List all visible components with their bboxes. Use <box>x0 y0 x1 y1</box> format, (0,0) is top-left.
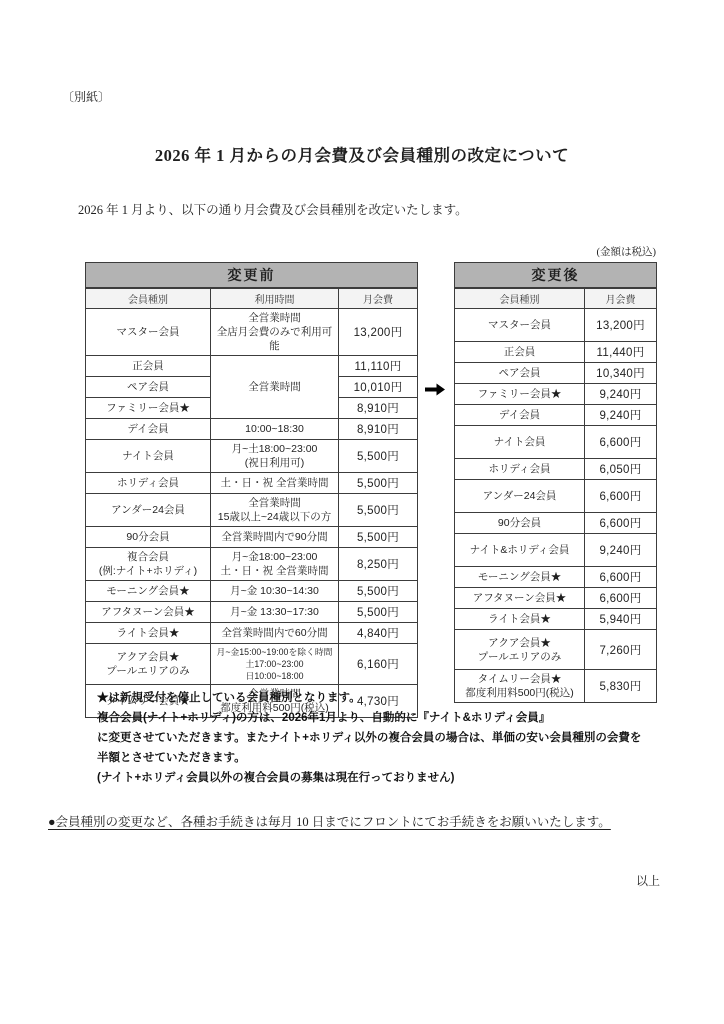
fee-cell: 13,200円 <box>585 309 657 342</box>
footnote-line: に変更させていただきます。またナイト+ホリディ以外の複合会員の場合は、単価の安い… <box>97 728 641 748</box>
table-header-row: 会員種別 利用時間 月会費 <box>86 288 418 309</box>
attachment-label: 〔別紙〕 <box>62 88 110 105</box>
table-title-row: 変更前 <box>86 263 418 289</box>
intro-text: 2026 年 1 月より、以下の通り月会費及び会員種別を改定いたします。 <box>78 200 468 218</box>
usage-time-cell: 月~金 13:30~17:30 <box>211 602 339 623</box>
fee-cell: 11,110円 <box>339 356 418 377</box>
member-type-cell: モーニング会員★ <box>455 567 585 588</box>
document-page: 〔別紙〕 2026 年 1 月からの月会費及び会員種別の改定について 2026 … <box>0 0 724 1024</box>
member-type-cell: 90分会員 <box>86 527 211 548</box>
fee-cell: 10,340円 <box>585 363 657 384</box>
member-type-cell: ライト会員★ <box>86 623 211 644</box>
member-type-header: 会員種別 <box>455 288 585 309</box>
table-row: モーニング会員★ 月~金 10:30~14:30 5,500円 <box>86 581 418 602</box>
member-type-cell: アンダー24会員 <box>86 494 211 527</box>
member-type-cell: ライト会員★ <box>455 609 585 630</box>
table-row: ライト会員★ 5,940円 <box>455 609 657 630</box>
fee-cell: 5,940円 <box>585 609 657 630</box>
monthly-fee-header: 月会費 <box>585 288 657 309</box>
after-table-title: 変更後 <box>455 263 657 289</box>
fee-cell: 5,500円 <box>339 473 418 494</box>
fee-cell: 7,260円 <box>585 630 657 670</box>
fee-cell: 8,250円 <box>339 548 418 581</box>
table-row: ホリディ会員 6,050円 <box>455 459 657 480</box>
table-row: 正会員 全営業時間 11,110円 <box>86 356 418 377</box>
table-row: アクア会員★ プールエリアのみ 月~金15:00~19:00を除く時間 土17:… <box>86 644 418 685</box>
footnote-line: 半額とさせていただきます。 <box>97 748 641 768</box>
table-row: ナイト会員 6,600円 <box>455 426 657 459</box>
table-row: 複合会員 (例:ナイト+ホリディ) 月~金18:00~23:00 土・日・祝 全… <box>86 548 418 581</box>
fee-cell: 9,240円 <box>585 384 657 405</box>
member-type-cell: アクア会員★ プールエリアのみ <box>86 644 211 685</box>
fee-cell: 8,910円 <box>339 419 418 440</box>
fee-cell: 5,500円 <box>339 602 418 623</box>
closing-text: 以上 <box>636 872 660 889</box>
usage-time-cell: 月~金18:00~23:00 土・日・祝 全営業時間 <box>211 548 339 581</box>
footnote-line: ★は新規受付を停止している会員種別となります。 <box>97 688 641 708</box>
table-row: ライト会員★ 全営業時間内で60分間 4,840円 <box>86 623 418 644</box>
footnotes: ★は新規受付を停止している会員種別となります。 複合会員(ナイト+ホリディ)の方… <box>97 688 641 788</box>
member-type-cell: 正会員 <box>86 356 211 377</box>
procedure-note: ●会員種別の変更など、各種お手続きは毎月 10 日までにフロントにてお手続きをお… <box>48 812 611 830</box>
fee-cell: 6,160円 <box>339 644 418 685</box>
usage-time-cell: 全営業時間 <box>211 356 339 419</box>
change-arrow-icon <box>424 383 446 396</box>
member-type-cell: ホリディ会員 <box>86 473 211 494</box>
member-type-cell: 正会員 <box>455 342 585 363</box>
member-type-cell: マスター会員 <box>455 309 585 342</box>
fee-cell: 5,500円 <box>339 440 418 473</box>
fee-cell: 5,500円 <box>339 581 418 602</box>
fee-cell: 9,240円 <box>585 405 657 426</box>
table-row: マスター会員 全営業時間 全店月会費のみで利用可能 13,200円 <box>86 309 418 356</box>
fee-cell: 6,600円 <box>585 567 657 588</box>
member-type-cell: ペア会員 <box>455 363 585 384</box>
fee-cell: 9,240円 <box>585 534 657 567</box>
monthly-fee-header: 月会費 <box>339 288 418 309</box>
member-type-cell: ナイト会員 <box>86 440 211 473</box>
table-row: 正会員 11,440円 <box>455 342 657 363</box>
member-type-cell: ホリディ会員 <box>455 459 585 480</box>
member-type-cell: ナイト&ホリディ会員 <box>455 534 585 567</box>
table-row: デイ会員 9,240円 <box>455 405 657 426</box>
table-row: アフタヌーン会員★ 6,600円 <box>455 588 657 609</box>
table-row: アンダー24会員 全営業時間 15歳以上~24歳以下の方 5,500円 <box>86 494 418 527</box>
table-row: マスター会員 13,200円 <box>455 309 657 342</box>
fee-cell: 8,910円 <box>339 398 418 419</box>
member-type-cell: マスター会員 <box>86 309 211 356</box>
fee-cell: 6,600円 <box>585 426 657 459</box>
fee-cell: 6,600円 <box>585 513 657 534</box>
before-table-title: 変更前 <box>86 263 418 289</box>
table-row: アンダー24会員 6,600円 <box>455 480 657 513</box>
usage-time-cell: 月~土18:00~23:00 (祝日利用可) <box>211 440 339 473</box>
usage-time-cell: 全営業時間内で60分間 <box>211 623 339 644</box>
member-type-cell: デイ会員 <box>455 405 585 426</box>
member-type-cell: アンダー24会員 <box>455 480 585 513</box>
usage-time-cell: 10:00~18:30 <box>211 419 339 440</box>
table-row: ホリディ会員 土・日・祝 全営業時間 5,500円 <box>86 473 418 494</box>
table-row: モーニング会員★ 6,600円 <box>455 567 657 588</box>
usage-time-header: 利用時間 <box>211 288 339 309</box>
member-type-cell: ファミリー会員★ <box>86 398 211 419</box>
tax-included-note: (金額は税込) <box>597 244 657 259</box>
table-row: アフタヌーン会員★ 月~金 13:30~17:30 5,500円 <box>86 602 418 623</box>
fee-cell: 5,500円 <box>339 494 418 527</box>
fee-cell: 5,500円 <box>339 527 418 548</box>
fee-cell: 11,440円 <box>585 342 657 363</box>
usage-time-cell: 全営業時間 15歳以上~24歳以下の方 <box>211 494 339 527</box>
usage-time-cell: 土・日・祝 全営業時間 <box>211 473 339 494</box>
fee-tables-section: 変更前 会員種別 利用時間 月会費 マスター会員 全営業時間 全店月会費のみで利… <box>85 262 657 718</box>
table-row: 90分会員 全営業時間内で90分間 5,500円 <box>86 527 418 548</box>
table-row: ナイト&ホリディ会員 9,240円 <box>455 534 657 567</box>
table-row: ペア会員 10,340円 <box>455 363 657 384</box>
member-type-cell: アクア会員★ プールエリアのみ <box>455 630 585 670</box>
usage-time-cell: 月~金15:00~19:00を除く時間 土17:00~23:00 日10:00~… <box>211 644 339 685</box>
member-type-cell: 複合会員 (例:ナイト+ホリディ) <box>86 548 211 581</box>
member-type-cell: アフタヌーン会員★ <box>86 602 211 623</box>
table-row: アクア会員★ プールエリアのみ 7,260円 <box>455 630 657 670</box>
table-row: ファミリー会員★ 9,240円 <box>455 384 657 405</box>
fee-cell: 13,200円 <box>339 309 418 356</box>
table-row: デイ会員 10:00~18:30 8,910円 <box>86 419 418 440</box>
member-type-cell: デイ会員 <box>86 419 211 440</box>
member-type-cell: ナイト会員 <box>455 426 585 459</box>
footnote-line: (ナイト+ホリディ会員以外の複合会員の募集は現在行っておりません) <box>97 768 641 788</box>
after-change-table: 変更後 会員種別 月会費 マスター会員 13,200円 正会員 11,440円 … <box>454 262 657 703</box>
fee-cell: 10,010円 <box>339 377 418 398</box>
member-type-cell: アフタヌーン会員★ <box>455 588 585 609</box>
member-type-header: 会員種別 <box>86 288 211 309</box>
member-type-cell: 90分会員 <box>455 513 585 534</box>
member-type-cell: ペア会員 <box>86 377 211 398</box>
member-type-cell: モーニング会員★ <box>86 581 211 602</box>
usage-time-cell: 全営業時間内で90分間 <box>211 527 339 548</box>
footnote-line: 複合会員(ナイト+ホリディ)の方は、2026年1月より、自動的に『ナイト&ホリデ… <box>97 708 641 728</box>
fee-cell: 6,050円 <box>585 459 657 480</box>
table-header-row: 会員種別 月会費 <box>455 288 657 309</box>
usage-time-cell: 全営業時間 全店月会費のみで利用可能 <box>211 309 339 356</box>
page-title: 2026 年 1 月からの月会費及び会員種別の改定について <box>0 142 724 166</box>
table-row: ナイト会員 月~土18:00~23:00 (祝日利用可) 5,500円 <box>86 440 418 473</box>
before-change-table: 変更前 会員種別 利用時間 月会費 マスター会員 全営業時間 全店月会費のみで利… <box>85 262 418 718</box>
usage-time-cell: 月~金 10:30~14:30 <box>211 581 339 602</box>
fee-cell: 6,600円 <box>585 588 657 609</box>
fee-cell: 6,600円 <box>585 480 657 513</box>
fee-cell: 4,840円 <box>339 623 418 644</box>
member-type-cell: ファミリー会員★ <box>455 384 585 405</box>
table-row: 90分会員 6,600円 <box>455 513 657 534</box>
table-title-row: 変更後 <box>455 263 657 289</box>
